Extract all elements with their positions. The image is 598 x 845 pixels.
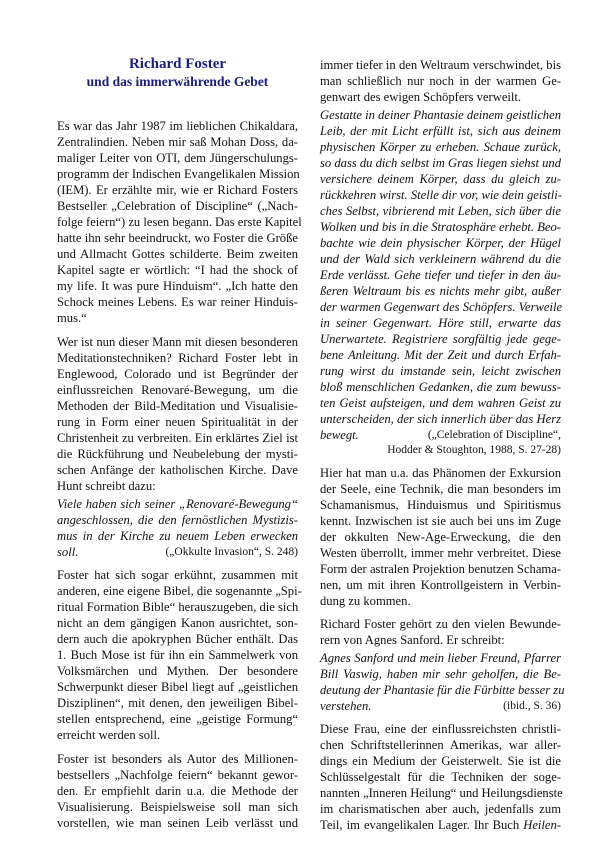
text-line: erreicht werden soll.: [57, 727, 298, 743]
line-text: Hier hat man u.a. das Phänomen der Exkur…: [320, 466, 561, 480]
document-page: Richard Foster und das immerwährende Geb…: [0, 0, 598, 845]
text-line: der Seele, eine Technik, die man besonde…: [320, 481, 561, 497]
text-line: Bestseller „Celebration of Discipline“ (…: [57, 198, 298, 214]
text-line: Schamanismus, Hinduismus und Spiritismus: [320, 497, 561, 513]
line-text: so dass du dich selbst im Gras liegen si…: [320, 156, 561, 170]
text-line: versichere deinem Körper, dass du gleich…: [320, 171, 561, 187]
line-text: der warmen Gegenwart des Schöpfers. Verw…: [320, 300, 562, 314]
text-line: programm der Indischen Evangelikalen Mis…: [57, 166, 298, 182]
line-text: maliger Leiter von OTI, dem Jüngerschulu…: [57, 151, 298, 165]
text-line: Wer ist nun dieser Mann mit diesen beson…: [57, 334, 298, 350]
text-line: Hier hat man u.a. das Phänomen der Exkur…: [320, 465, 561, 481]
line-text: Foster hat sich sogar erkühnt, zusammen …: [57, 568, 298, 582]
text-line: im charismatischen aber auch, jedenfalls…: [320, 801, 561, 817]
line-text: verstehen.: [320, 699, 371, 713]
text-line: Diese Frau, eine der einflussreichsten c…: [320, 721, 561, 737]
text-line: Form der astralen Projektion benutzen Sc…: [320, 561, 561, 577]
line-text: bene Anleitung. Mit der Zeit und durch E…: [320, 348, 561, 362]
line-text: Viele haben sich seiner „Renovaré-Bewegu…: [57, 497, 298, 511]
line-text: und der Wald sich verkleinern während du…: [320, 252, 561, 266]
text-line: (IEM). Er erzählte mir, wie er Richard F…: [57, 182, 298, 198]
text-line: Foster ist besonders als Autor des Milli…: [57, 751, 298, 767]
text-line: Hunt schreibt dazu:: [57, 478, 298, 494]
line-text: Foster ist besonders als Autor des Milli…: [57, 752, 298, 766]
line-text: mus.“: [57, 311, 87, 325]
text-line: Agnes Sanford und mein lieber Freund, Pf…: [320, 650, 561, 666]
line-text: immer tiefer in den Weltraum verschwinde…: [320, 58, 561, 72]
text-line: Viele haben sich seiner „Renovaré-Bewegu…: [57, 496, 298, 512]
line-text: deutung der Phantasie für die Fürbitte b…: [320, 683, 565, 697]
line-text: Erde verlässt. Gehe tiefer und tiefer in…: [320, 268, 561, 282]
line-text: Methoden der Bild-Meditation und Visuali…: [57, 399, 298, 413]
line-text: hatte ihn sehr beeindruckt, wo Foster di…: [57, 231, 298, 245]
text-line: Englewood, Colorado und ist Begründer de…: [57, 366, 298, 382]
text-line: Meditationstechniken? Richard Foster leb…: [57, 350, 298, 366]
text-line: Visualisierung. Beispielsweise soll man …: [57, 799, 298, 815]
line-text: nen, um mit ihren Kontrollgeistern in Ve…: [320, 578, 561, 592]
line-text: (IEM). Er erzählte mir, wie er Richard F…: [57, 183, 298, 197]
text-line: dung zu kommen.: [320, 593, 561, 609]
text-line: angeschlossen, die den fernöstlichen Mys…: [57, 512, 298, 528]
text-line: Unerwartete. Registriere sorgfältig jede…: [320, 331, 561, 347]
line-text: schen Anfänge der katholischen Kirche. D…: [57, 463, 298, 477]
line-text: 1. Buch Mose ist für ihn ein Sammelwerk …: [57, 648, 298, 662]
text-line: mus.“: [57, 310, 298, 326]
text-line: folge feiern“) zu lesen begann. Das erst…: [57, 214, 298, 230]
text-line: so dass du dich selbst im Gras liegen si…: [320, 155, 561, 171]
text-line: deutung der Phantasie für die Fürbitte b…: [320, 682, 561, 698]
text-line: maliger Leiter von OTI, dem Jüngerschulu…: [57, 150, 298, 166]
text-line: Gestatte in deiner Phantasie deinem geis…: [320, 107, 561, 123]
text-line: genwart des ewigen Schöpfers verweilt.: [320, 89, 561, 105]
line-text: in seiner Gegenwart. Höre still, erwarte…: [320, 316, 561, 330]
text-line: physischen Körper zu erheben. Schaue zur…: [320, 139, 561, 155]
text-line: bachte wie dein physischer Körper, der H…: [320, 235, 561, 251]
line-text: nannten „Inneren Heilung“ und Heilungsdi…: [320, 786, 563, 800]
line-text: Richard Foster gehört zu den vielen Bewu…: [320, 617, 561, 631]
text-line: rung in Form einer neuen Spiritualität i…: [57, 414, 298, 430]
text-line: ritual Formation Bible“ herauszugeben, d…: [57, 599, 298, 615]
line-text: Kapitel sagte er wörtlich: “I had the sh…: [57, 263, 298, 277]
line-text: Schlüsselgestalt für die Techniken der s…: [320, 770, 561, 784]
text-line: Volksmärchen und Mythen. Der besondere: [57, 663, 298, 679]
line-text: dung zu kommen.: [320, 594, 411, 608]
line-text: physischen Körper zu erheben. Schaue zur…: [320, 140, 561, 154]
article-subtitle: und das immerwährende Gebet: [57, 73, 298, 91]
text-line: Disziplinen“, mit denen, den jeweiligen …: [57, 695, 298, 711]
text-line: mus in der Kirche zu neuem Leben erwecke…: [57, 528, 298, 544]
line-text: Leib, der mit Licht erfüllt ist, sich au…: [320, 124, 561, 138]
line-text: im charismatischen aber auch, jedenfalls…: [320, 802, 561, 816]
line-text: versichere deinem Körper, dass du gleich…: [320, 172, 561, 186]
line-text: rückkehren wirst. Stelle dir vor, wie de…: [320, 188, 562, 202]
text-line: bewegt.(„Celebration of Discipline“,: [320, 427, 561, 443]
line-text: bloß menschlichen Gedanken, die zum bewu…: [320, 380, 561, 394]
text-line: und Allmacht Gottes schilderte. Beim zwe…: [57, 246, 298, 262]
text-line: Westen überrollt, immer mehr verbreitet.…: [320, 545, 561, 561]
line-text: Gestatte in deiner Phantasie deinem geis…: [320, 108, 561, 122]
text-line: nicht an dem gängigen Kanon ausrichtet, …: [57, 615, 298, 631]
text-line: der warmen Gegenwart des Schöpfers. Verw…: [320, 299, 561, 315]
line-text: angeschlossen, die den fernöstlichen Mys…: [57, 513, 298, 527]
text-line: anderen, eine eigene Bibel, die sogenann…: [57, 583, 298, 599]
text-line: Methoden der Bild-Meditation und Visuali…: [57, 398, 298, 414]
line-text: Unerwartete. Registriere sorgfältig jede…: [320, 332, 561, 346]
line-text: folge feiern“) zu lesen begann. Das erst…: [57, 215, 302, 229]
line-text: genwart des ewigen Schöpfers verweilt.: [320, 90, 521, 104]
text-line: hatte ihn sehr beeindruckt, wo Foster di…: [57, 230, 298, 246]
line-text: und Allmacht Gottes schilderte. Beim zwe…: [57, 247, 298, 261]
text-line: immer tiefer in den Weltraum verschwinde…: [320, 57, 561, 73]
text-line: rückkehren wirst. Stelle dir vor, wie de…: [320, 187, 561, 203]
line-text: rung wirst du imstande sein, leicht zwis…: [320, 364, 561, 378]
line-text: unterscheiden, der sich innerlich über d…: [320, 412, 561, 426]
text-line: bestsellers „Nachfolge feiern“ bekannt g…: [57, 767, 298, 783]
text-line: nannten „Inneren Heilung“ und Heilungsdi…: [320, 785, 561, 801]
text-line: rung wirst du imstande sein, leicht zwis…: [320, 363, 561, 379]
text-line: in seiner Gegenwart. Höre still, erwarte…: [320, 315, 561, 331]
text-line: Christenheit zu verbreiten. Ein erklärte…: [57, 430, 298, 446]
line-text: Schwerpunkt dieser Bibel liegt auf „geis…: [57, 680, 298, 694]
text-line: dings ein Medium der Geisterwelt. Sie is…: [320, 753, 561, 769]
text-line: unterscheiden, der sich innerlich über d…: [320, 411, 561, 427]
text-line: und der Wald sich verkleinern während du…: [320, 251, 561, 267]
citation: („Okkulte Invasion“, S. 248): [165, 544, 298, 560]
line-text: Teil, im evangelikalen Lager. Ihr Buch: [320, 818, 523, 832]
text-line: Schock meines Lebens. Es war reiner Hind…: [57, 294, 298, 310]
text-line: dern auch die apokryphen Bücher enthält.…: [57, 631, 298, 647]
line-text: Form der astralen Projektion benutzen Sc…: [320, 562, 561, 576]
line-text: ßeren Weltraum bis es nichts mehr gibt, …: [320, 284, 561, 298]
line-text: Visualisierung. Beispielsweise soll man …: [57, 800, 298, 814]
line-text: der okkulten New-Age-Erweckung, die den: [320, 530, 561, 544]
line-text: bewegt.: [320, 428, 359, 442]
line-text: Wer ist nun dieser Mann mit diesen beson…: [57, 335, 298, 349]
line-text: Meditationstechniken? Richard Foster leb…: [57, 351, 298, 365]
line-text: Agnes Sanford und mein lieber Freund, Pf…: [320, 651, 561, 665]
text-line: stellen entsprechend, eine „geistige For…: [57, 711, 298, 727]
text-line: Schlüsselgestalt für die Techniken der s…: [320, 769, 561, 785]
line-text: stellen entsprechend, eine „geistige For…: [57, 712, 298, 726]
text-line: Foster hat sich sogar erkühnt, zusammen …: [57, 567, 298, 583]
line-text: Hodder & Stoughton, 1988, S. 27-28): [387, 444, 561, 456]
text-line: Bill Vaswig, haben mir sehr geholfen, di…: [320, 666, 561, 682]
line-text: erreicht werden soll.: [57, 728, 160, 742]
text-line: chen Schriftstellerinnen Amerikas, war a…: [320, 737, 561, 753]
text-line: Teil, im evangelikalen Lager. Ihr Buch H…: [320, 817, 561, 833]
line-text: kennt. Inzwischen ist sie auch bei uns i…: [320, 514, 561, 528]
italic-book-title: Heilen-: [523, 818, 561, 832]
line-text: Es war das Jahr 1987 im lieblichen Chika…: [57, 119, 298, 133]
line-text: dings ein Medium der Geisterwelt. Sie is…: [320, 754, 561, 768]
line-text: den. Er empfiehlt darin u.a. die Methode…: [57, 784, 298, 798]
text-line: nen, um mit ihren Kontrollgeistern in Ve…: [320, 577, 561, 593]
line-text: Bestseller „Celebration of Discipline“ (…: [57, 199, 298, 213]
text-line: den. Er empfiehlt darin u.a. die Methode…: [57, 783, 298, 799]
text-line: Leib, der mit Licht erfüllt ist, sich au…: [320, 123, 561, 139]
line-text: Englewood, Colorado und ist Begründer de…: [57, 367, 298, 381]
line-text: einflussreichen Renovaré-Bewegung, um di…: [57, 383, 298, 397]
line-text: anderen, eine eigene Bibel, die sogenann…: [57, 584, 302, 598]
line-text: Diese Frau, eine der einflussreichsten c…: [320, 722, 561, 736]
text-line: bloß menschlichen Gedanken, die zum bewu…: [320, 379, 561, 395]
text-line: ten Geist aufsteigen, und dem wahren Gei…: [320, 395, 561, 411]
line-text: ritual Formation Bible“ herauszugeben, d…: [57, 600, 298, 614]
text-line: einflussreichen Renovaré-Bewegung, um di…: [57, 382, 298, 398]
citation: („Celebration of Discipline“,: [428, 427, 561, 443]
text-line: schen Anfänge der katholischen Kirche. D…: [57, 462, 298, 478]
line-text: Schamanismus, Hinduismus und Spiritismus: [320, 498, 561, 512]
citation: (ibid., S. 36): [503, 698, 561, 714]
text-line: my life. It was pure Hinduism“. „Ich hat…: [57, 278, 298, 294]
line-text: Bill Vaswig, haben mir sehr geholfen, di…: [320, 667, 561, 681]
article-heading: Richard Foster und das immerwährende Geb…: [57, 55, 298, 91]
line-text: chen Schriftstellerinnen Amerikas, war a…: [320, 738, 561, 752]
text-line: Erde verlässt. Gehe tiefer und tiefer in…: [320, 267, 561, 283]
text-line: vorstellen, wie man seinen Leib verlässt…: [57, 815, 298, 831]
text-line: soll.(„Okkulte Invasion“, S. 248): [57, 544, 298, 560]
text-line: Wolken und bis in die Stratosphäre erheb…: [320, 219, 561, 235]
citation-line: Hodder & Stoughton, 1988, S. 27-28): [320, 442, 561, 458]
text-line: Es war das Jahr 1987 im lieblichen Chika…: [57, 118, 298, 134]
text-line: ches Selbst, vibrierend mit Leben, sich …: [320, 203, 561, 219]
line-text: ches Selbst, vibrierend mit Leben, sich …: [320, 204, 561, 218]
line-text: mus in der Kirche zu neuem Leben erwecke…: [57, 529, 298, 543]
text-line: ßeren Weltraum bis es nichts mehr gibt, …: [320, 283, 561, 299]
line-text: ten Geist aufsteigen, und dem wahren Gei…: [320, 396, 561, 410]
text-line: kennt. Inzwischen ist sie auch bei uns i…: [320, 513, 561, 529]
text-line: Richard Foster gehört zu den vielen Bewu…: [320, 616, 561, 632]
line-text: bestsellers „Nachfolge feiern“ bekannt g…: [57, 768, 298, 782]
line-text: rung in Form einer neuen Spiritualität i…: [57, 415, 298, 429]
text-line: Kapitel sagte er wörtlich: “I had the sh…: [57, 262, 298, 278]
text-line: 1. Buch Mose ist für ihn ein Sammelwerk …: [57, 647, 298, 663]
text-line: die Rückführung und Neubelebung der myst…: [57, 446, 298, 462]
line-text: der Seele, eine Technik, die man besonde…: [320, 482, 561, 496]
text-line: Schwerpunkt dieser Bibel liegt auf „geis…: [57, 679, 298, 695]
line-text: rern von Agnes Sanford. Er schreibt:: [320, 633, 505, 647]
line-text: vorstellen, wie man seinen Leib verlässt…: [57, 816, 298, 830]
line-text: Wolken und bis in die Stratosphäre erheb…: [320, 220, 561, 234]
line-text: man schließlich nur noch in der warmen G…: [320, 74, 561, 88]
text-line: der okkulten New-Age-Erweckung, die den: [320, 529, 561, 545]
line-text: Disziplinen“, mit denen, den jeweiligen …: [57, 696, 298, 710]
text-line: Zentralindien. Neben mir saß Mohan Doss,…: [57, 134, 298, 150]
line-text: Westen überrollt, immer mehr verbreitet.…: [320, 546, 561, 560]
line-text: Volksmärchen und Mythen. Der besondere: [57, 664, 298, 678]
article-title: Richard Foster: [57, 55, 298, 73]
line-text: my life. It was pure Hinduism“. „Ich hat…: [57, 279, 298, 293]
line-text: Schock meines Lebens. Es war reiner Hind…: [57, 295, 298, 309]
line-text: die Rückführung und Neubelebung der myst…: [57, 447, 298, 461]
line-text: Christenheit zu verbreiten. Ein erklärte…: [57, 431, 298, 445]
line-text: programm der Indischen Evangelikalen Mis…: [57, 167, 300, 181]
line-text: Hunt schreibt dazu:: [57, 479, 156, 493]
text-line: bene Anleitung. Mit der Zeit und durch E…: [320, 347, 561, 363]
text-line: rern von Agnes Sanford. Er schreibt:: [320, 632, 561, 648]
line-text: nicht an dem gängigen Kanon ausrichtet, …: [57, 616, 298, 630]
text-line: verstehen.(ibid., S. 36): [320, 698, 561, 714]
text-line: man schließlich nur noch in der warmen G…: [320, 73, 561, 89]
line-text: bachte wie dein physischer Körper, der H…: [320, 236, 561, 250]
line-text: soll.: [57, 545, 78, 559]
line-text: dern auch die apokryphen Bücher enthält.…: [57, 632, 298, 646]
line-text: Zentralindien. Neben mir saß Mohan Doss,…: [57, 135, 298, 149]
